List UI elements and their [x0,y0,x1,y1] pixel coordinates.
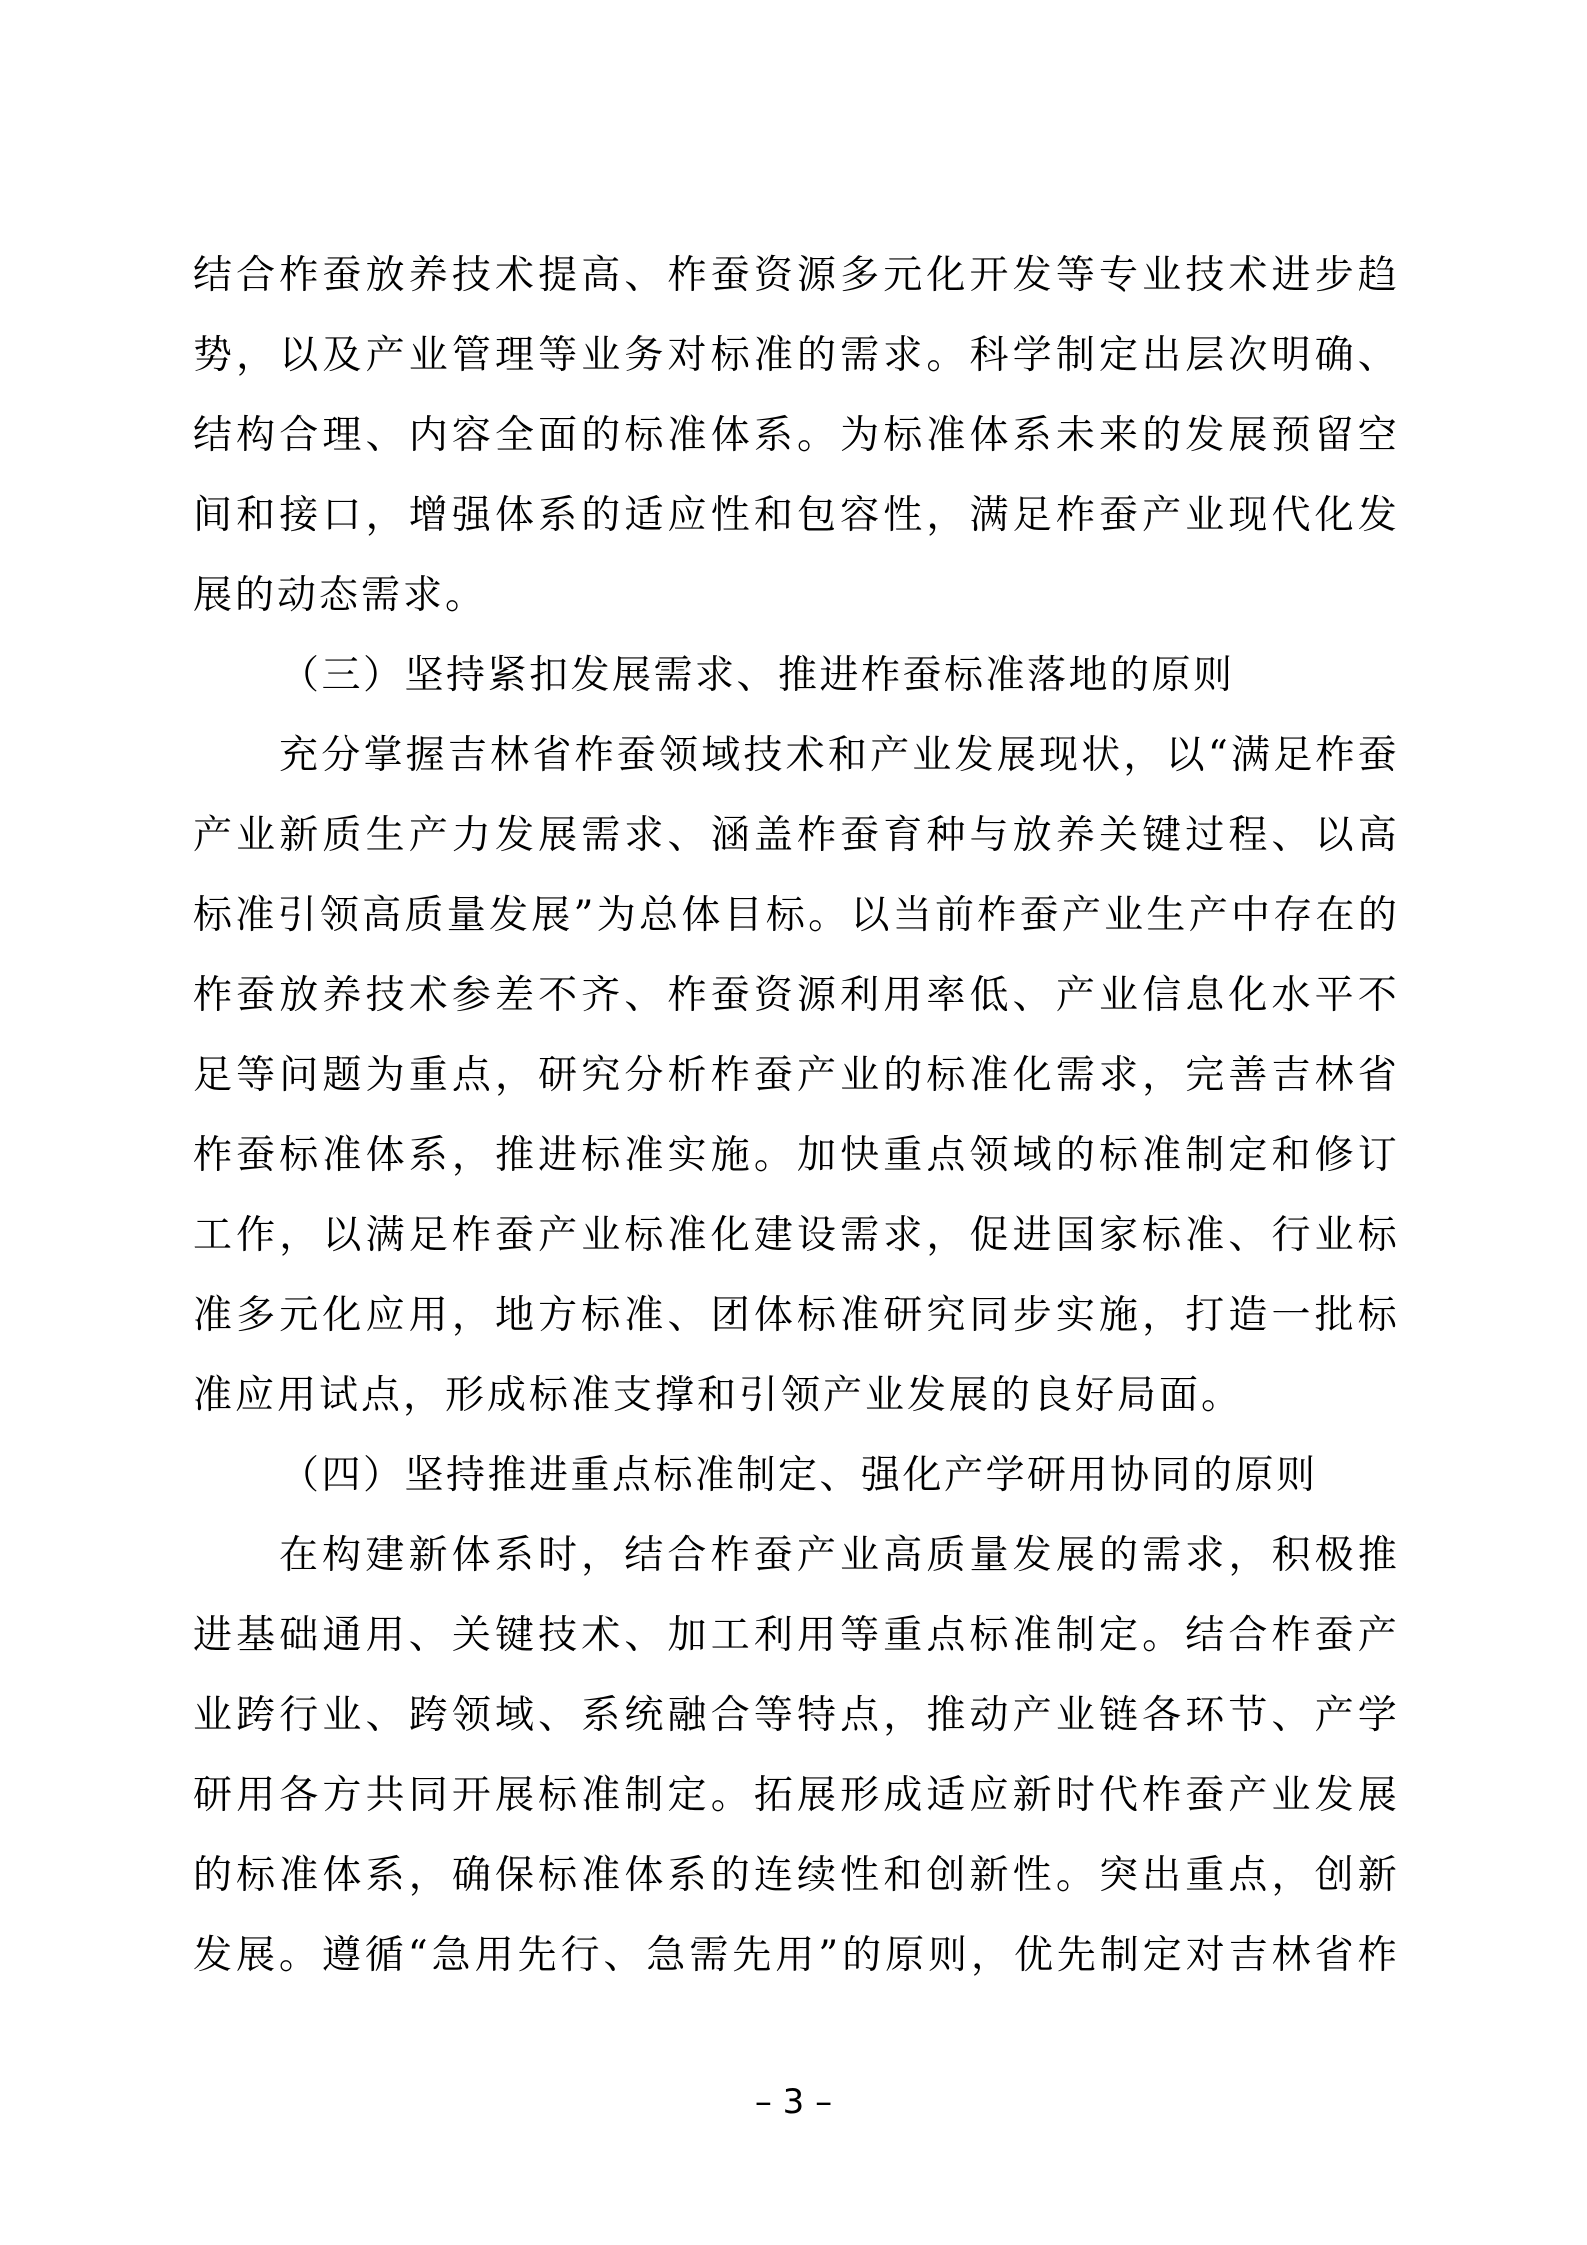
body-text-line: 工作，以满足柞蚕产业标准化建设需求，促进国家标准、行业标 [193,1212,1397,1260]
body-text-line: 结构合理、内容全面的标准体系。为标准体系未来的发展预留空 [193,412,1397,460]
body-text-line: 标准引领高质量发展”为总体目标。以当前柞蚕产业生产中存在的 [193,892,1397,940]
body-text-line: 展的动态需求。 [193,572,1397,620]
body-text-line: 业跨行业、跨领域、系统融合等特点，推动产业链各环节、产学 [193,1692,1397,1740]
body-text-line: 结合柞蚕放养技术提高、柞蚕资源多元化开发等专业技术进步趋 [193,252,1397,300]
body-text-line: 准应用试点，形成标准支撑和引领产业发展的良好局面。 [193,1372,1397,1420]
body-text-line: 柞蚕放养技术参差不齐、柞蚕资源利用率低、产业信息化水平不 [193,972,1397,1020]
body-text-line: 在构建新体系时，结合柞蚕产业高质量发展的需求，积极推 [279,1532,1397,1580]
body-text-line: 研用各方共同开展标准制定。拓展形成适应新时代柞蚕产业发展 [193,1772,1397,1820]
body-text-line: 的标准体系，确保标准体系的连续性和创新性。突出重点，创新 [193,1852,1397,1900]
body-text-line: 进基础通用、关键技术、加工利用等重点标准制定。结合柞蚕产 [193,1612,1397,1660]
body-text-line: 发展。遵循“急用先行、急需先用”的原则，优先制定对吉林省柞 [193,1932,1397,1980]
body-text-line: 足等问题为重点，研究分析柞蚕产业的标准化需求，完善吉林省 [193,1052,1397,1100]
section-heading-3: （三）坚持紧扣发展需求、推进柞蚕标准落地的原则 [280,652,1235,700]
body-text-line: 产业新质生产力发展需求、涵盖柞蚕育种与放养关键过程、以高 [193,812,1397,860]
page-number: – 3 – [0,2080,1587,2124]
body-text-line: 势，以及产业管理等业务对标准的需求。科学制定出层次明确、 [193,332,1397,380]
document-page: 结合柞蚕放养技术提高、柞蚕资源多元化开发等专业技术进步趋 势，以及产业管理等业务… [0,0,1587,2245]
body-text-line: 准多元化应用，地方标准、团体标准研究同步实施，打造一批标 [193,1292,1397,1340]
body-text-line: 柞蚕标准体系，推进标准实施。加快重点领域的标准制定和修订 [193,1132,1397,1180]
section-heading-4: （四）坚持推进重点标准制定、强化产学研用协同的原则 [280,1452,1318,1500]
body-text-line: 间和接口，增强体系的适应性和包容性，满足柞蚕产业现代化发 [193,492,1397,540]
body-text-line: 充分掌握吉林省柞蚕领域技术和产业发展现状，以“满足柞蚕 [279,732,1397,780]
